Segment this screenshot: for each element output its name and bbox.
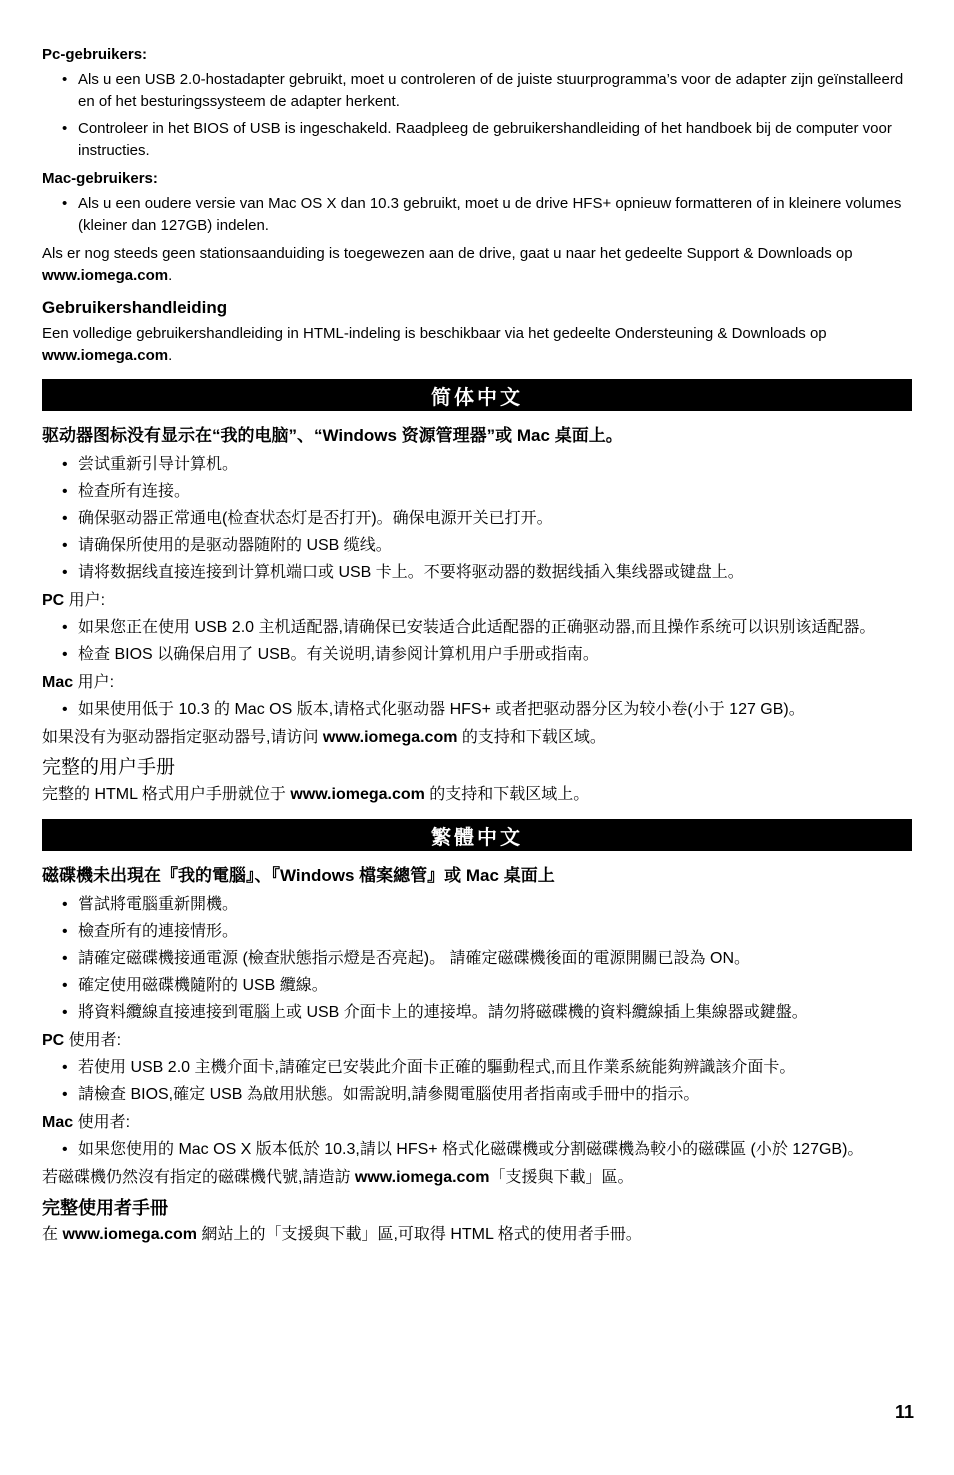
paragraph-text: Als er nog steeds geen stationsaanduidin… [42, 245, 853, 262]
traditional-chinese-section: 磁碟機未出現在『我的電腦』、『Windows 檔案總管』或 Mac 桌面上 嘗試… [42, 864, 912, 1247]
paragraph-text: 完整的 HTML 格式用户手册就位于 [42, 786, 290, 803]
bullet-item: 將資料纜線直接連接到電腦上或 USB 介面卡上的連接埠。請勿將磁碟機的資料纜線插… [62, 1001, 912, 1025]
bullet-item: 嘗試將電腦重新開機。 [62, 893, 912, 917]
sc-pc-bullet-list: 如果您正在使用 USB 2.0 主机适配器,请确保已安装适合此适配器的正确驱动器… [42, 616, 912, 667]
simplified-chinese-section: 驱动器图标没有显示在“我的电脑”、“Windows 资源管理器”或 Mac 桌面… [42, 424, 912, 807]
sc-pc-users-heading: PC 用户: [42, 589, 912, 613]
sc-mac-bullet-list: 如果使用低于 10.3 的 Mac OS 版本,请格式化驱动器 HFS+ 或者把… [42, 698, 912, 722]
pc-label: PC [42, 1032, 64, 1049]
bullet-item: 如果您正在使用 USB 2.0 主机适配器,请确保已安装适合此适配器的正确驱动器… [62, 616, 912, 640]
heading-text: 用户: [64, 592, 105, 609]
tc-mac-users-heading: Mac 使用者: [42, 1111, 912, 1135]
tc-user-manual-paragraph: 在 www.iomega.com 網站上的「支援與下載」區,可取得 HTML 格… [42, 1223, 912, 1247]
sc-user-manual-heading: 完整的用户手册 [42, 756, 912, 780]
dutch-pc-bullet-list: Als u een USB 2.0-hostadapter gebruikt, … [42, 69, 912, 162]
bullet-item: 请确保所使用的是驱动器随附的 USB 缆线。 [62, 534, 912, 558]
bullet-item: Als u een oudere versie van Mac OS X dan… [62, 193, 912, 237]
paragraph-text: 網站上的「支援與下載」區,可取得 HTML 格式的使用者手冊。 [197, 1226, 642, 1243]
bullet-item: 检查 BIOS 以确保启用了 USB。有关说明,请参阅计算机用户手册或指南。 [62, 643, 912, 667]
heading-text: 使用者: [73, 1114, 130, 1131]
sc-mac-users-heading: Mac 用户: [42, 671, 912, 695]
bullet-item: Als u een USB 2.0-hostadapter gebruikt, … [62, 69, 912, 113]
iomega-url: www.iomega.com [42, 347, 168, 364]
bullet-item: 请将数据线直接连接到计算机端口或 USB 卡上。不要将驱动器的数据线插入集线器或… [62, 561, 912, 585]
pc-label: PC [42, 592, 64, 609]
iomega-url: www.iomega.com [355, 1169, 490, 1186]
dutch-user-manual-heading: Gebruikershandleiding [42, 297, 912, 319]
bullet-item: Controleer in het BIOS of USB is ingesch… [62, 118, 912, 162]
paragraph-text: 的支持和下载区域。 [457, 729, 605, 746]
sc-drive-not-shown-heading: 驱动器图标没有显示在“我的电脑”、“Windows 资源管理器”或 Mac 桌面… [42, 424, 912, 448]
bullet-item: 确保驱动器正常通电(检查状态灯是否打开)。确保电源开关已打开。 [62, 507, 912, 531]
paragraph-text: . [168, 267, 172, 284]
dutch-user-manual-paragraph: Een volledige gebruikershandleiding in H… [42, 323, 912, 367]
mac-label: Mac [42, 674, 73, 691]
paragraph-text: 若磁碟機仍然沒有指定的磁碟機代號,請造訪 [42, 1169, 355, 1186]
tc-drive-not-shown-heading: 磁碟機未出現在『我的電腦』、『Windows 檔案總管』或 Mac 桌面上 [42, 864, 912, 888]
iomega-url: www.iomega.com [42, 267, 168, 284]
tc-user-manual-heading: 完整使用者手冊 [42, 1196, 912, 1220]
bullet-item: 確定使用磁碟機隨附的 USB 纜線。 [62, 974, 912, 998]
traditional-chinese-banner: 繁體中文 [42, 819, 912, 851]
bullet-item: 檢查所有的連接情形。 [62, 920, 912, 944]
sc-troubleshooting-list: 尝试重新引导计算机。 检查所有连接。 确保驱动器正常通电(检查状态灯是否打开)。… [42, 453, 912, 585]
dutch-section: Pc-gebruikers: Als u een USB 2.0-hostada… [42, 44, 912, 367]
tc-troubleshooting-list: 嘗試將電腦重新開機。 檢查所有的連接情形。 請確定磁碟機接通電源 (檢查狀態指示… [42, 893, 912, 1025]
heading-text: 用户: [73, 674, 114, 691]
paragraph-text: . [168, 347, 172, 364]
sc-user-manual-paragraph: 完整的 HTML 格式用户手册就位于 www.iomega.com 的支持和下载… [42, 783, 912, 807]
iomega-url: www.iomega.com [62, 1226, 197, 1243]
mac-label: Mac [42, 1114, 73, 1131]
tc-pc-users-heading: PC 使用者: [42, 1029, 912, 1053]
bullet-item: 如果使用低于 10.3 的 Mac OS 版本,请格式化驱动器 HFS+ 或者把… [62, 698, 912, 722]
heading-text: 使用者: [64, 1032, 121, 1049]
paragraph-text: Een volledige gebruikershandleiding in H… [42, 325, 827, 342]
bullet-item: 如果您使用的 Mac OS X 版本低於 10.3,請以 HFS+ 格式化磁碟機… [62, 1138, 912, 1162]
iomega-url: www.iomega.com [323, 729, 458, 746]
simplified-chinese-banner: 简体中文 [42, 379, 912, 411]
dutch-pc-users-heading: Pc-gebruikers: [42, 44, 912, 66]
bullet-item: 請確定磁碟機接通電源 (檢查狀態指示燈是否亮起)。 請確定磁碟機後面的電源開關已… [62, 947, 912, 971]
iomega-url: www.iomega.com [290, 786, 425, 803]
dutch-mac-bullet-list: Als u een oudere versie van Mac OS X dan… [42, 193, 912, 237]
tc-support-paragraph: 若磁碟機仍然沒有指定的磁碟機代號,請造訪 www.iomega.com「支援與下… [42, 1166, 912, 1190]
paragraph-text: 如果没有为驱动器指定驱动器号,请访问 [42, 729, 323, 746]
bullet-item: 检查所有连接。 [62, 480, 912, 504]
paragraph-text: 的支持和下载区域上。 [425, 786, 589, 803]
banner-label: 简体中文 [431, 381, 523, 410]
dutch-mac-users-heading: Mac-gebruikers: [42, 168, 912, 190]
tc-mac-bullet-list: 如果您使用的 Mac OS X 版本低於 10.3,請以 HFS+ 格式化磁碟機… [42, 1138, 912, 1162]
tc-pc-bullet-list: 若使用 USB 2.0 主機介面卡,請確定已安裝此介面卡正確的驅動程式,而且作業… [42, 1056, 912, 1107]
paragraph-text: 在 [42, 1226, 62, 1243]
manual-page: Pc-gebruikers: Als u een USB 2.0-hostada… [0, 0, 954, 1247]
page-number: 11 [895, 1402, 914, 1423]
paragraph-text: 「支援與下載」區。 [489, 1169, 633, 1186]
dutch-support-paragraph: Als er nog steeds geen stationsaanduidin… [42, 243, 912, 287]
sc-support-paragraph: 如果没有为驱动器指定驱动器号,请访问 www.iomega.com 的支持和下载… [42, 726, 912, 750]
bullet-item: 尝试重新引导计算机。 [62, 453, 912, 477]
bullet-item: 若使用 USB 2.0 主機介面卡,請確定已安裝此介面卡正確的驅動程式,而且作業… [62, 1056, 912, 1080]
banner-label: 繁體中文 [431, 821, 523, 850]
bullet-item: 請檢查 BIOS,確定 USB 為啟用狀態。如需說明,請參閱電腦使用者指南或手冊… [62, 1083, 912, 1107]
